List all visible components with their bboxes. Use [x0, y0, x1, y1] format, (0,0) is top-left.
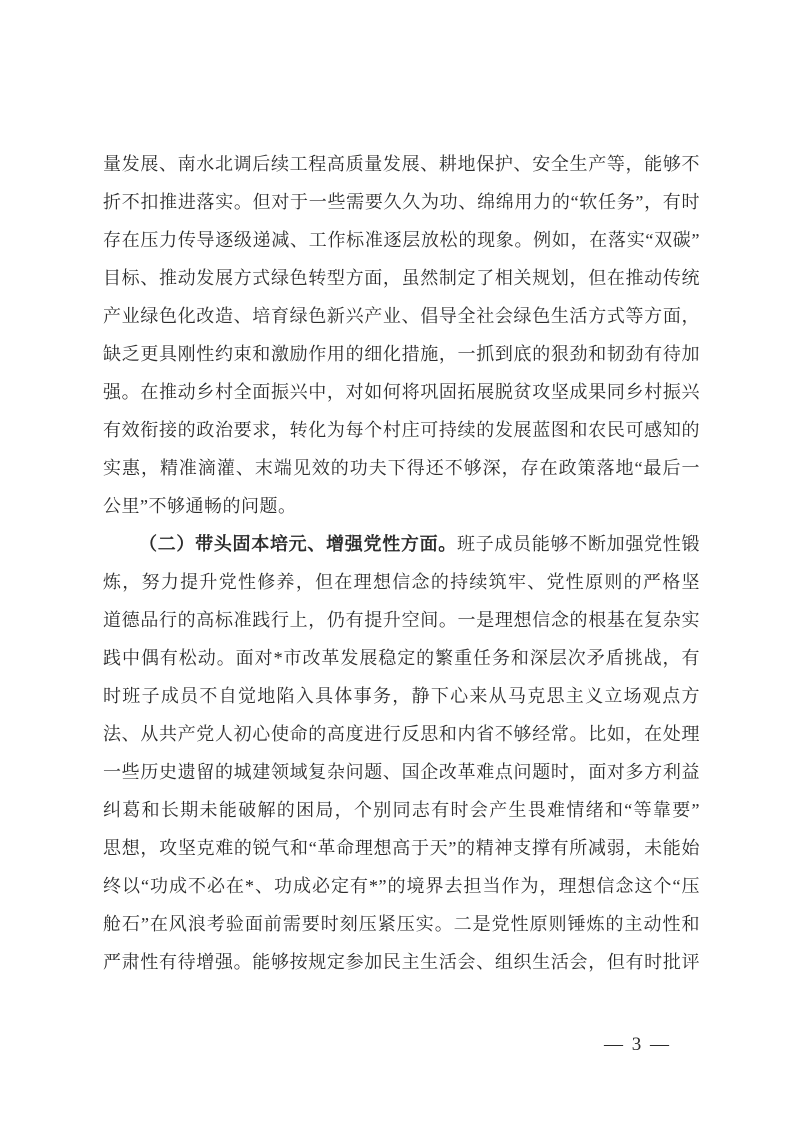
text-line: 公里”不够通畅的问题。 [103, 487, 700, 525]
text-line: 炼，努力提升党性修养，但在理想信念的持续筑牢、党性原则的严格坚守、 [103, 563, 700, 601]
text-segment: 班子成员能够不断加强党性锻 [457, 534, 700, 554]
text-line: 强。在推动乡村全面振兴中，对如何将巩固拓展脱贫攻坚成果同乡村振兴 [103, 373, 700, 411]
text-line: （二）带头固本培元、增强党性方面。班子成员能够不断加强党性锻 [103, 525, 700, 563]
text-line: 时班子成员不自觉地陷入具体事务，静下心来从马克思主义立场观点方 [103, 677, 700, 715]
text-line: 思想，攻坚克难的锐气和“革命理想高于天”的精神支撑有所减弱，未能始 [103, 829, 700, 867]
text-line: 目标、推动发展方式绿色转型方面，虽然制定了相关规划，但在推动传统 [103, 259, 700, 297]
page-number: — 3 — [604, 1026, 671, 1064]
text-line: 一些历史遗留的城建领域复杂问题、国企改革难点问题时，面对多方利益 [103, 753, 700, 791]
text-line: 舱石”在风浪考验面前需要时刻压紧压实。二是党性原则锤炼的主动性和 [103, 905, 700, 943]
text-line: 实惠，精准滴灌、末端见效的功夫下得还不够深，存在政策落地“最后一 [103, 449, 700, 487]
text-line: 量发展、南水北调后续工程高质量发展、耕地保护、安全生产等，能够不 [103, 145, 700, 183]
text-line: 折不扣推进落实。但对于一些需要久久为功、绵绵用力的“软任务”，有时 [103, 183, 700, 221]
text-line: 产业绿色化改造、培育绿色新兴产业、倡导全社会绿色生活方式等方面， [103, 297, 700, 335]
text-line: 严肃性有待增强。能够按规定参加民主生活会、组织生活会，但有时批评 [103, 943, 700, 981]
text-line: 法、从共产党人初心使命的高度进行反思和内省不够经常。比如，在处理 [103, 715, 700, 753]
text-line: 践中偶有松动。面对*市改革发展稳定的繁重任务和深层次矛盾挑战，有 [103, 639, 700, 677]
section-heading: （二）带头固本培元、增强党性方面。 [139, 534, 457, 554]
text-line: 道德品行的高标准践行上，仍有提升空间。一是理想信念的根基在复杂实 [103, 601, 700, 639]
text-line: 终以“功成不必在*、功成必定有*”的境界去担当作为，理想信念这个“压 [103, 867, 700, 905]
paragraph: 量发展、南水北调后续工程高质量发展、耕地保护、安全生产等，能够不折不扣推进落实。… [103, 145, 700, 525]
text-line: 缺乏更具刚性约束和激励作用的细化措施，一抓到底的狠劲和韧劲有待加 [103, 335, 700, 373]
text-line: 存在压力传导逐级递减、工作标准逐层放松的现象。例如，在落实“双碳” [103, 221, 700, 259]
text-line: 纠葛和长期未能破解的困局，个别同志有时会产生畏难情绪和“等靠要” [103, 791, 700, 829]
paragraph: （二）带头固本培元、增强党性方面。班子成员能够不断加强党性锻炼，努力提升党性修养… [103, 525, 700, 981]
body-text: 量发展、南水北调后续工程高质量发展、耕地保护、安全生产等，能够不折不扣推进落实。… [103, 145, 700, 981]
text-line: 有效衔接的政治要求，转化为每个村庄可持续的发展蓝图和农民可感知的 [103, 411, 700, 449]
document-page: 量发展、南水北调后续工程高质量发展、耕地保护、安全生产等，能够不折不扣推进落实。… [0, 0, 793, 1122]
